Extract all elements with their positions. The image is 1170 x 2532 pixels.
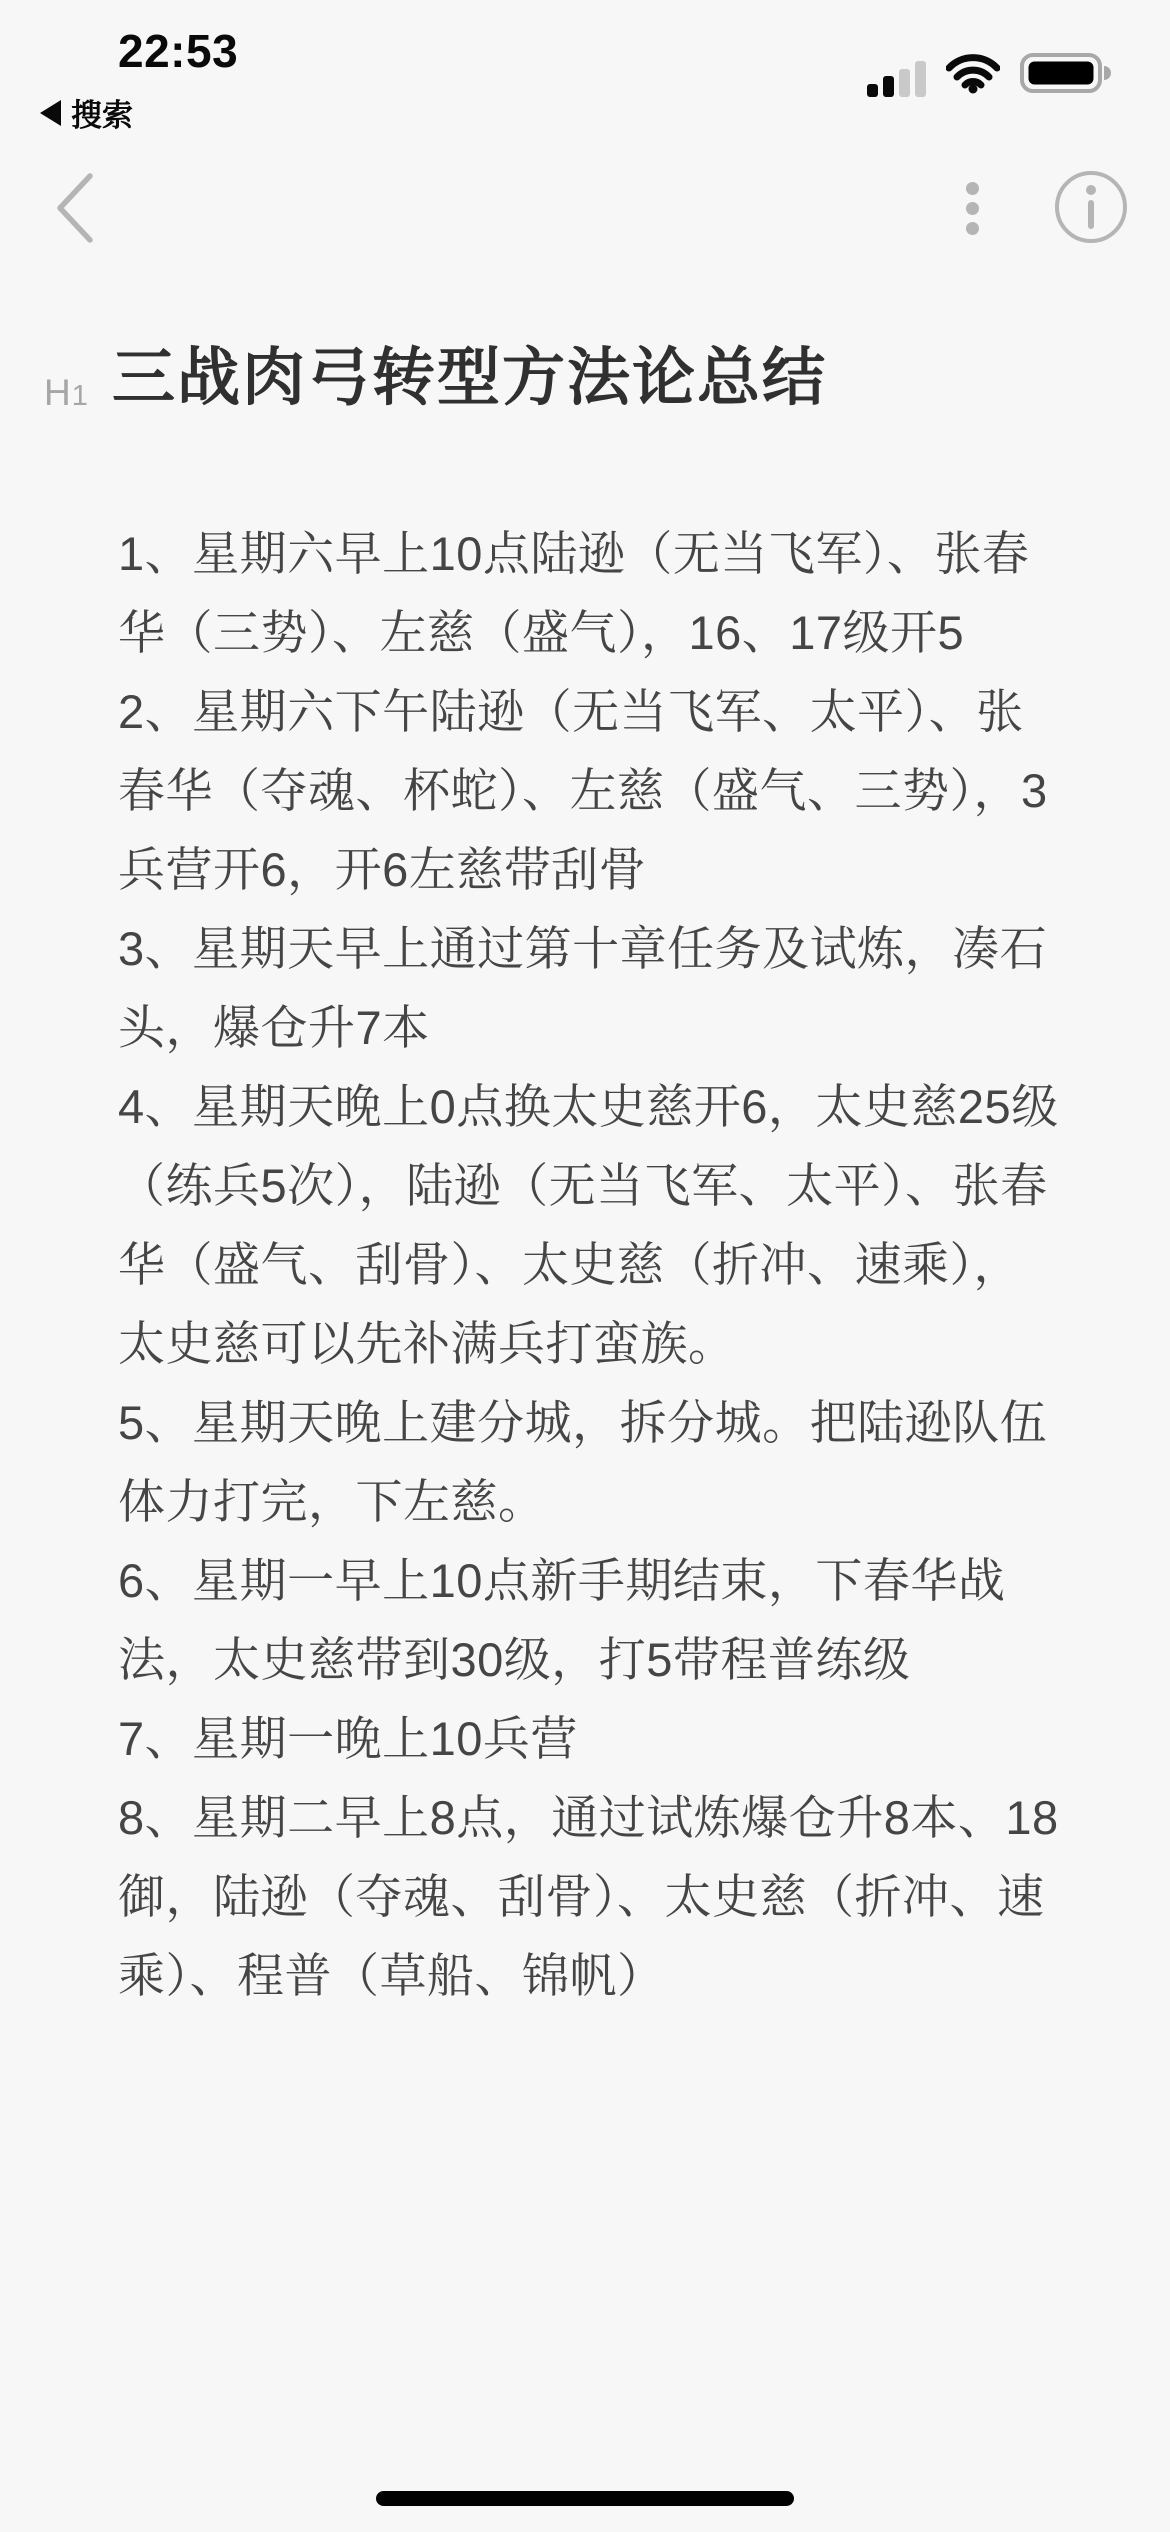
- chevron-left-icon: [48, 168, 108, 248]
- back-to-app-button[interactable]: 搜索: [40, 90, 133, 135]
- cellular-signal-icon: [867, 61, 926, 99]
- note-line-item[interactable]: 1、星期六早上10点陆逊（无当飞军）、张春华（三势）、左慈（盛气），16、17级…: [118, 514, 1068, 672]
- note-line-item[interactable]: 2、星期六下午陆逊（无当飞军、太平）、张春华（夺魂、杯蛇）、左慈（盛气、三势），…: [118, 672, 1068, 909]
- note-line-item[interactable]: 8、星期二早上8点，通过试炼爆仓升8本、18御，陆逊（夺魂、刮骨）、太史慈（折冲…: [118, 1778, 1068, 2015]
- back-triangle-icon: [40, 100, 61, 126]
- note-title[interactable]: 三战肉弓转型方法论总结: [112, 342, 1112, 414]
- back-button[interactable]: [48, 168, 108, 248]
- note-line-item[interactable]: 5、星期天晚上建分城，拆分城。把陆逊队伍体力打完，下左慈。: [118, 1383, 1068, 1541]
- battery-icon: [1020, 52, 1112, 99]
- info-icon: [1050, 166, 1132, 248]
- kebab-menu-icon: [966, 182, 979, 195]
- note-line-item[interactable]: 7、星期一晚上10兵营: [118, 1699, 1068, 1778]
- info-button[interactable]: [1050, 166, 1132, 248]
- note-body[interactable]: 1、星期六早上10点陆逊（无当飞军）、张春华（三势）、左慈（盛气），16、17级…: [118, 514, 1068, 2015]
- note-line-item[interactable]: 6、星期一早上10点新手期结束，下春华战法，太史慈带到30级，打5带程普练级: [118, 1541, 1068, 1699]
- home-indicator[interactable]: [376, 2491, 794, 2506]
- h1-block-marker: H1: [44, 372, 89, 414]
- wifi-icon: [946, 54, 1000, 99]
- note-line-item[interactable]: 4、星期天晚上0点换太史慈开6，太史慈25级（练兵5次），陆逊（无当飞军、太平）…: [118, 1067, 1068, 1383]
- note-line-item[interactable]: 3、星期天早上通过第十章任务及试炼，凑石头，爆仓升7本: [118, 909, 1068, 1067]
- status-bar-time: 22:53: [118, 24, 238, 78]
- back-to-app-label: 搜索: [71, 90, 133, 135]
- more-options-button[interactable]: [938, 168, 1006, 248]
- status-bar-icons: [867, 52, 1112, 99]
